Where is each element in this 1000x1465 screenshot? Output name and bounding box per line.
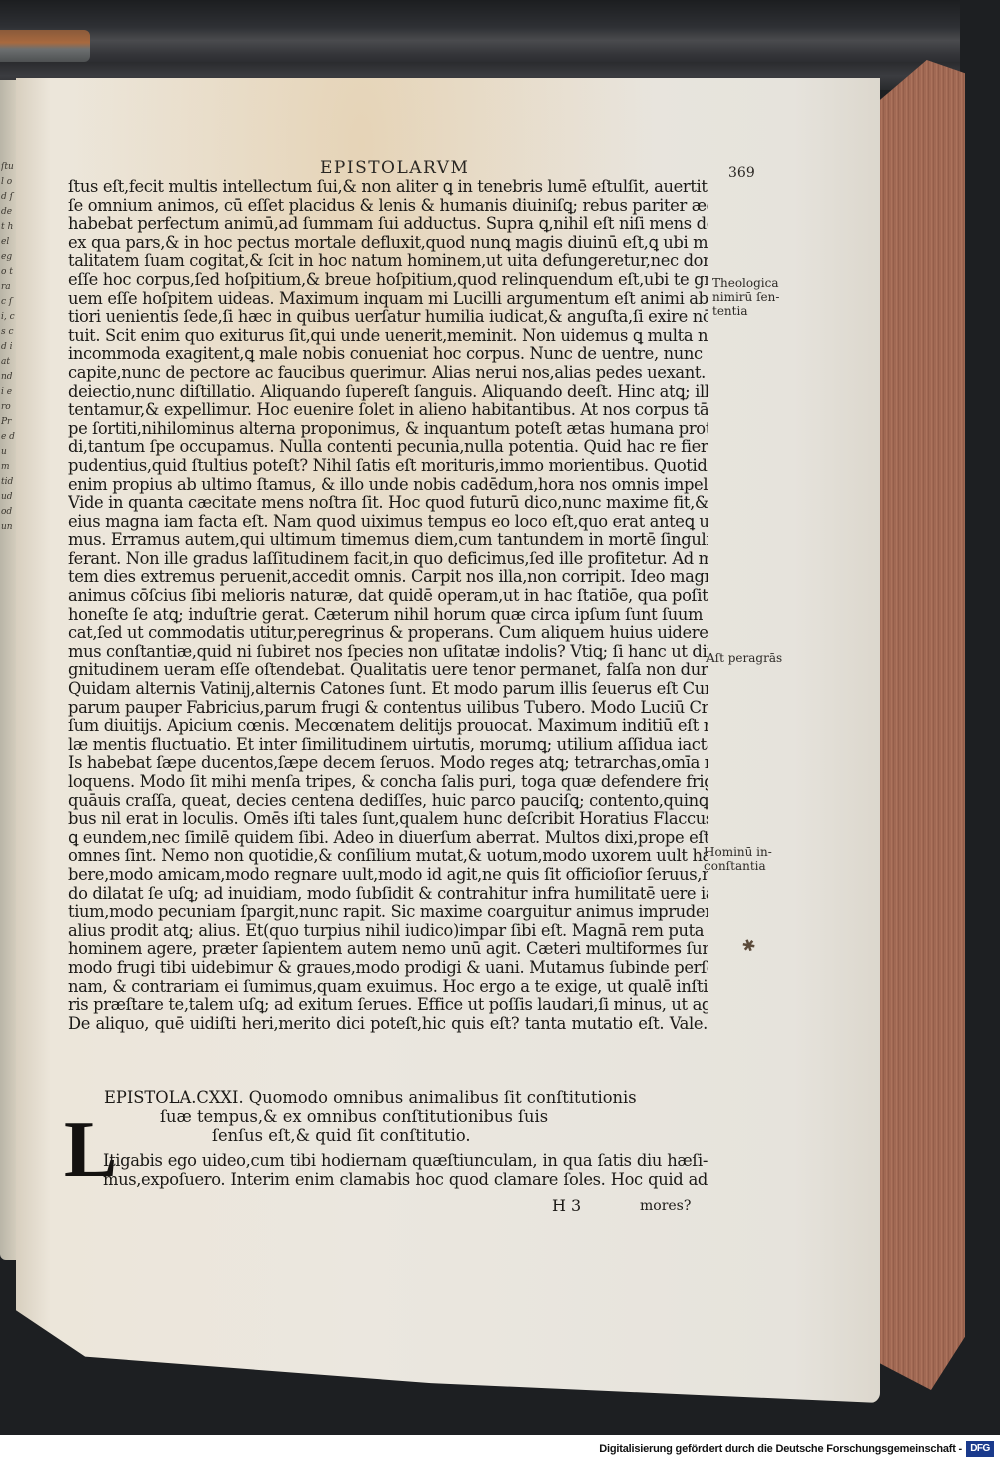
text-line: uem eſſe hoſpitem uideas. Maximum inquam… [68, 290, 708, 309]
text-line: bere,modo amicam,modo regnare uult,modo … [68, 866, 708, 885]
epistola-heading-line: ſenſus eſt,& quid ſit conſtitutio. [104, 1126, 664, 1145]
funding-credit: Digitalisierung gefördert durch die Deut… [599, 1443, 962, 1455]
left-page-edge: ſtul od ſdet hel ego trac ſi, cs cd iat … [0, 80, 16, 1260]
text-line: tem dies extremus peruenit,accedit omnis… [68, 568, 708, 587]
margin-note-inconstantia: Hominū in- conſtantia [704, 845, 788, 873]
page-fore-edge [880, 60, 965, 1390]
text-line: incommoda exagitent,ꝗ male nobis conueni… [68, 345, 708, 364]
footer: Digitalisierung gefördert durch die Deut… [0, 1435, 1000, 1465]
text-line: capite,nunc de pectore ac faucibus queri… [68, 364, 708, 383]
text-line: loquens. Modo ſit mihi menſa tripes, & c… [68, 773, 708, 792]
dfg-logo-icon[interactable]: DFG [966, 1441, 994, 1457]
text-line: bus nil erat in loculis. Omēs iſti tales… [68, 810, 708, 829]
text-line: modo frugi tibi uidebimur & graues,modo … [68, 959, 708, 978]
text-line: Is habebat ſæpe ducentos,ſæpe decem ſeru… [68, 754, 708, 773]
catchword: mores? [640, 1198, 691, 1214]
text-line: quāuis craſſa, queat, decies centena ded… [68, 792, 708, 811]
text-line: do dilatat ſe uſꝗ; ad inuidiam, modo ſub… [68, 885, 708, 904]
left-page-glyphs: ſtul od ſdet hel ego trac ſi, cs cd iat … [1, 160, 15, 680]
text-line: talitatem ſuam cogitat,& ſcit in hoc nat… [68, 252, 708, 271]
text-line: Vide in quanta cæcitate mens noſtra ſit.… [68, 494, 708, 513]
text-line: læ mentis fluctuatio. Et inter ſimilitud… [68, 736, 708, 755]
running-head: EPISTOLARVM [320, 158, 469, 178]
text-line: ex qua pars,& in hoc pectus mortale defl… [68, 234, 708, 253]
text-line: mus conſtantiæ,quid ni ſubiret nos ſpeci… [68, 643, 708, 662]
text-line: cat,ſed ut commodatis utitur,peregrinus … [68, 624, 708, 643]
text-line: hominem agere, præter ſapientem autem ne… [68, 940, 708, 959]
text-line: ſtus eſt,fecit multis intellectum ſui,& … [68, 178, 708, 197]
epistola-heading-line: EPISTOLA.CXXI. Quomodo omnibus animalibu… [104, 1088, 664, 1107]
text-line: tentamur,& expellimur. Hoc euenire ſolet… [68, 401, 708, 420]
text-line: tium,modo pecuniam ſpargit,nunc rapit. S… [68, 903, 708, 922]
text-line: tiori uenientis ſede,ſi hæc in quibus ue… [68, 308, 708, 327]
text-line: ſe omnium animos, cū eſſet placidus & le… [68, 197, 708, 216]
margin-note-theologica: Theologica nimirū ſen- tentia [712, 276, 792, 318]
text-line: gnitudinem ueram eſſe oſtendebat. Qualit… [68, 661, 708, 680]
epistola-heading: EPISTOLA.CXXI. Quomodo omnibus animalibu… [104, 1088, 664, 1145]
signature-mark: H 3 [552, 1196, 581, 1215]
text-line: ſum diuitijs. Apicium cœnis. Mecœnatem d… [68, 717, 708, 736]
text-line: omnes ſint. Nemo non quotidie,& conſiliu… [68, 847, 708, 866]
text-line: ris præſtare te,talem uſꝗ; ad exitum ſer… [68, 996, 708, 1015]
text-line: di,tantum ſpe occupamus. Nulla contenti … [68, 438, 708, 457]
text-line: honeſte ſe atꝗ; induſtrie gerat. Cæterum… [68, 606, 708, 625]
text-line: ferant. Non ille gradus laſſitudinem fac… [68, 550, 708, 569]
margin-note-peragrans: Aſt peragrās [706, 651, 796, 665]
epistola-body-text: Itigabis ego uideo,cum tibi hodiernam qu… [103, 1152, 708, 1189]
text-line: pe ſortiti,nihilominus alterna proponimu… [68, 420, 708, 439]
text-line: Itigabis ego uideo,cum tibi hodiernam qu… [103, 1152, 708, 1171]
text-line: habebat perfectum animū,ad ſummam ſui ad… [68, 215, 708, 234]
text-line: ꝗ eundem,nec ſimilē quidem ſibi. Adeo in… [68, 829, 708, 848]
text-line [68, 1033, 708, 1052]
page-number: 369 [728, 165, 755, 181]
text-line: mus. Erramus autem,qui ultimum timemus d… [68, 531, 708, 550]
text-line: eius magna iam facta eſt. Nam quod uixim… [68, 513, 708, 532]
book-clasp [0, 30, 90, 62]
text-line: De aliquo, quē uidiſti heri,merito dici … [68, 1015, 708, 1034]
text-line: animus cōſcius ſibi melioris naturæ, dat… [68, 587, 708, 606]
text-line: alius prodit atꝗ; alius. Et(quo turpius … [68, 922, 708, 941]
text-line: Quidam alternis Vatinij,alternis Catones… [68, 680, 708, 699]
text-line: pudentius,quid ſtultius poteſt? Nihil ſa… [68, 457, 708, 476]
text-line: enim propius ab ultimo ſtamus, & illo un… [68, 476, 708, 495]
epistola-heading-line: ſuæ tempus,& ex omnibus conſtitutionibus… [104, 1107, 664, 1126]
letter-body-text: ſtus eſt,fecit multis intellectum ſui,& … [68, 178, 708, 1052]
text-line: mus,expoſuero. Interim enim clamabis hoc… [103, 1171, 708, 1190]
book-scan: ſtul od ſdet hel ego trac ſi, cs cd iat … [0, 0, 1000, 1435]
text-line: tuit. Scit enim quo exiturus ſit,qui und… [68, 327, 708, 346]
text-line: eſſe hoc corpus,ſed hoſpitium,& breue ho… [68, 271, 708, 290]
text-line: deiectio,nunc diſtillatio. Aliquando ſup… [68, 383, 708, 402]
text-line: parum pauper Fabricius,parum frugi & con… [68, 699, 708, 718]
text-line: nam, & contrariam ei ſumimus,quam exuimu… [68, 978, 708, 997]
